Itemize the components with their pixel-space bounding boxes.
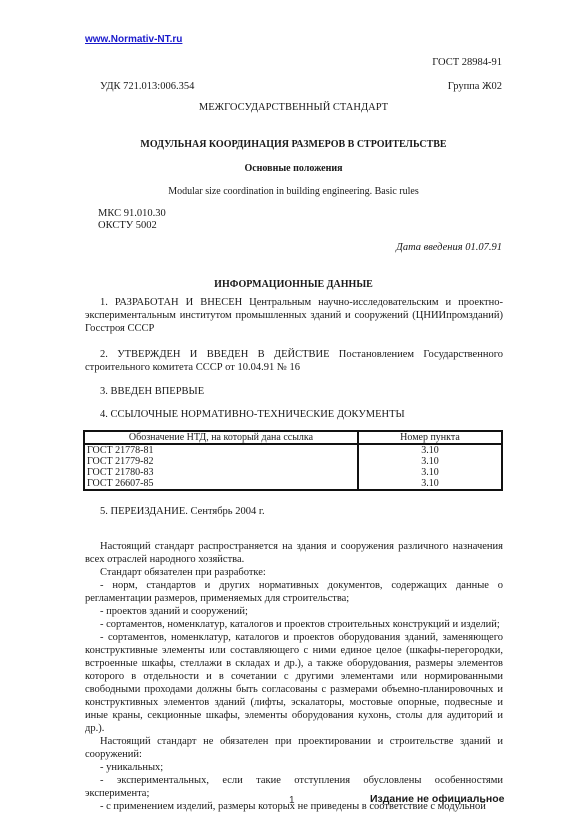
clause-cell: 3.10 — [358, 467, 502, 478]
table-row: ГОСТ 26607-85 3.10 — [84, 478, 502, 490]
gost-number: ГОСТ 28984-91 — [432, 57, 502, 69]
table-row: ГОСТ 21780-83 3.10 — [84, 467, 502, 478]
info-item-2: 2. УТВЕРЖДЕН И ВВЕДЕН В ДЕЙСТВИЕ Постано… — [85, 348, 503, 374]
clause-cell: 3.10 — [358, 478, 502, 490]
body-paragraph: - сортаментов, номенклатур, каталогов и … — [85, 618, 503, 631]
info-item-4: 4. ССЫЛОЧНЫЕ НОРМАТИВНО-ТЕХНИЧЕСКИЕ ДОКУ… — [85, 408, 503, 421]
site-link[interactable]: www.Normativ-NT.ru — [85, 34, 182, 45]
mks-code: МКС 91.010.30 — [98, 208, 166, 220]
table-row: ГОСТ 21778-81 3.10 — [84, 444, 502, 456]
english-title: Modular size coordination in building en… — [0, 186, 587, 198]
intro-date: Дата введения 01.07.91 — [396, 242, 502, 254]
document-cell: ГОСТ 21778-81 — [84, 444, 358, 456]
classification-codes: МКС 91.010.30 ОКСТУ 5002 — [98, 208, 166, 232]
clause-cell: 3.10 — [358, 456, 502, 467]
page-number: 1 — [289, 795, 295, 806]
udk-code: УДК 721.013:006.354 — [100, 81, 194, 93]
column-header-document: Обозначение НТД, на который дана ссылка — [84, 431, 358, 444]
body-paragraph: - норм, стандартов и других нормативных … — [85, 579, 503, 605]
document-cell: ГОСТ 21780-83 — [84, 467, 358, 478]
info-item-1: 1. РАЗРАБОТАН И ВНЕСЕН Центральным научн… — [85, 296, 503, 335]
document-cell: ГОСТ 26607-85 — [84, 478, 358, 490]
clause-cell: 3.10 — [358, 444, 502, 456]
body-paragraph: - сортаментов, номенклатур, каталогов и … — [85, 631, 503, 735]
body-paragraph: Настоящий стандарт не обязателен при про… — [85, 735, 503, 761]
body-paragraph: Стандарт обязателен при разработке: — [85, 566, 503, 579]
document-subtitle: Основные положения — [0, 163, 587, 175]
table-row: ГОСТ 21779-82 3.10 — [84, 456, 502, 467]
group-code: Группа Ж02 — [448, 81, 502, 93]
info-item-3: 3. ВВЕДЕН ВПЕРВЫЕ — [85, 385, 503, 398]
info-heading: ИНФОРМАЦИОННЫЕ ДАННЫЕ — [0, 279, 587, 291]
unofficial-edition-note: Издание не официальное — [370, 793, 504, 805]
body-text: Настоящий стандарт распространяется на з… — [85, 540, 503, 813]
reference-table: Обозначение НТД, на который дана ссылка … — [83, 430, 503, 491]
table-header-row: Обозначение НТД, на который дана ссылка … — [84, 431, 502, 444]
body-paragraph: Настоящий стандарт распространяется на з… — [85, 540, 503, 566]
body-paragraph: - проектов зданий и сооружений; — [85, 605, 503, 618]
column-header-clause: Номер пункта — [358, 431, 502, 444]
document-cell: ГОСТ 21779-82 — [84, 456, 358, 467]
body-paragraph: - уникальных; — [85, 761, 503, 774]
standard-type: МЕЖГОСУДАРСТВЕННЫЙ СТАНДАРТ — [0, 102, 587, 114]
document-title: МОДУЛЬНАЯ КООРДИНАЦИЯ РАЗМЕРОВ В СТРОИТЕ… — [0, 139, 587, 151]
info-item-5: 5. ПЕРЕИЗДАНИЕ. Сентябрь 2004 г. — [85, 505, 503, 518]
okstu-code: ОКСТУ 5002 — [98, 220, 166, 232]
